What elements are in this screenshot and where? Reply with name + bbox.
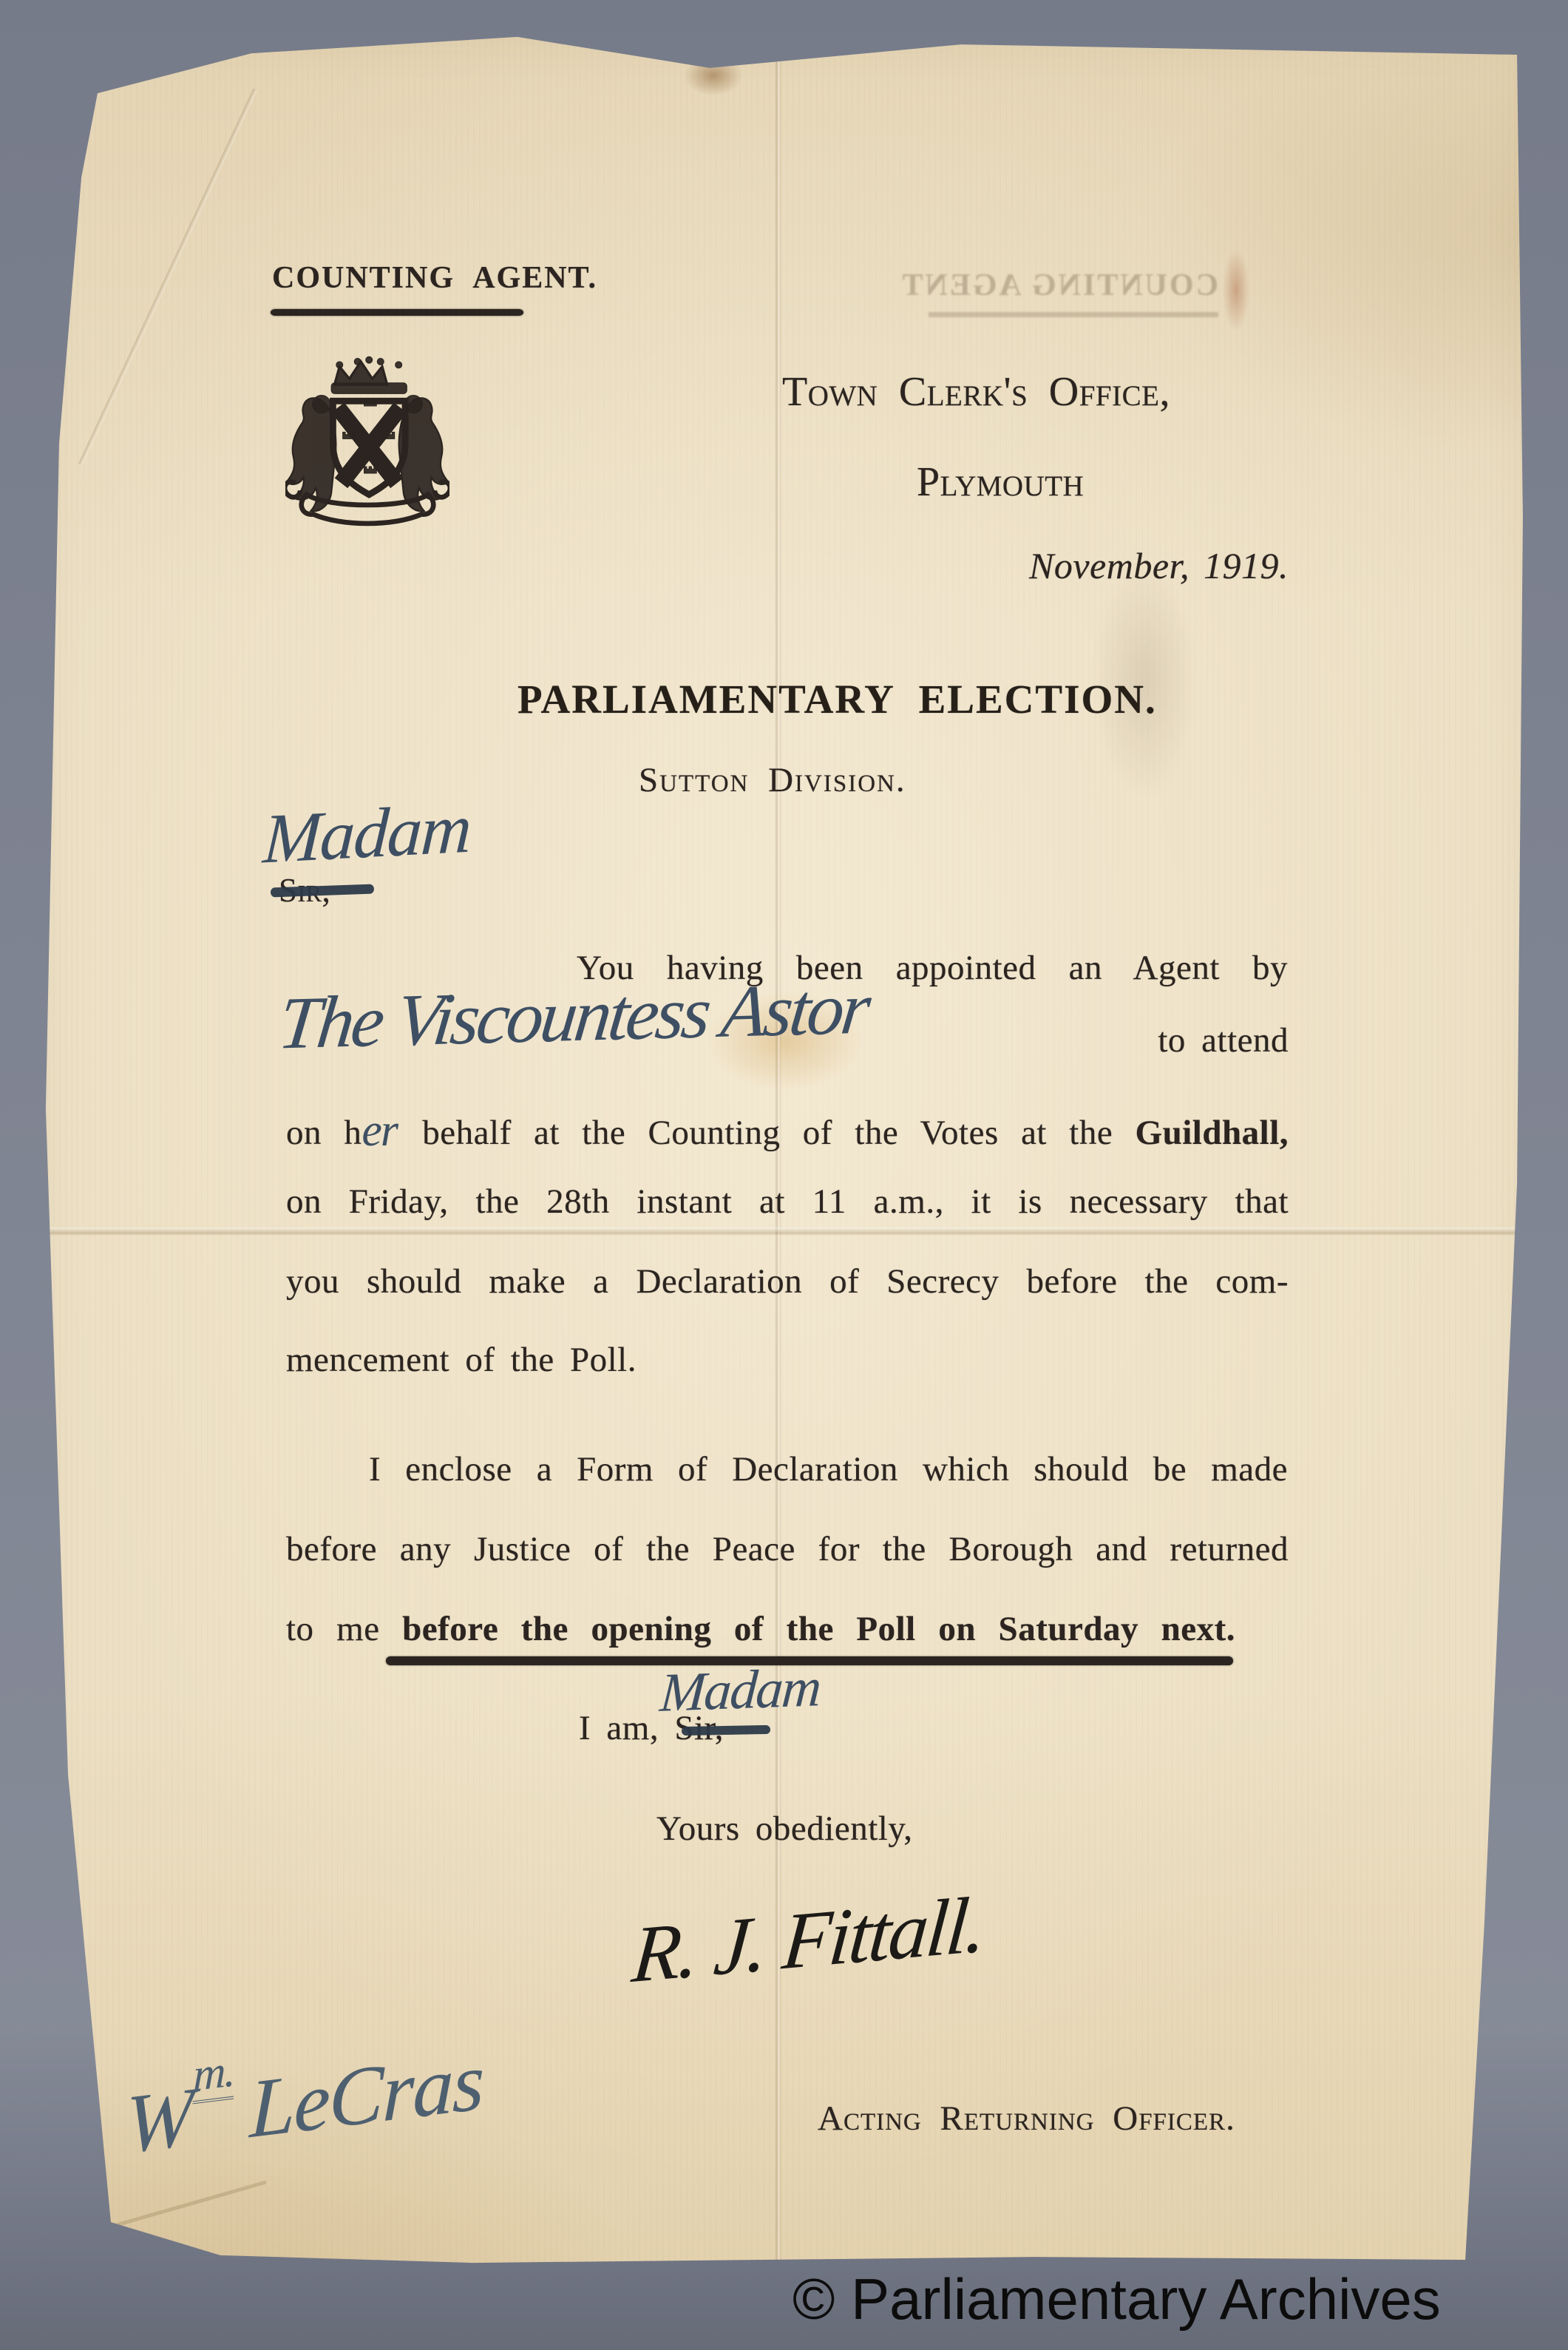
- handwritten-gender-correction: er: [362, 1105, 397, 1156]
- agent-name-superscript: m.: [193, 2045, 235, 2104]
- body-line-5: mencement of the Poll.: [286, 1340, 637, 1380]
- bottom-corner-crease: [102, 2181, 266, 2231]
- horizontal-fold-crease: [30, 1228, 1538, 1236]
- body-line-1-end: to attend: [286, 1020, 1289, 1060]
- office-address-line: Town Clerk's Office,: [782, 368, 1170, 416]
- valediction-line: Yours obediently,: [656, 1809, 913, 1849]
- body-line-6: I enclose a Form of Declaration which sh…: [369, 1449, 1288, 1489]
- document-title: PARLIAMENTARY ELECTION.: [517, 676, 1157, 722]
- plymouth-coat-of-arms: [285, 352, 449, 535]
- letter-paper: COUNTING AGENT COUNTING AGENT.: [0, 0, 1568, 2350]
- ink-strikethrough-closing: [682, 1725, 770, 1736]
- date-line: November, 1919.: [1029, 544, 1289, 587]
- body-line-7: before any Justice of the Peace for the …: [286, 1529, 1289, 1569]
- corner-crease: [78, 88, 257, 465]
- handwritten-salutation: Madam: [261, 787, 472, 879]
- parliamentary-archives-watermark: © Parliamentary Archives: [793, 2266, 1441, 2333]
- bleedthrough-text: COUNTING AGENT: [929, 268, 1218, 317]
- body-line-3: on Friday, the 28th instant at 11 a.m., …: [286, 1182, 1289, 1222]
- office-city-line: Plymouth: [917, 458, 1084, 506]
- body-line-4: you should make a Declaration of Secrecy…: [286, 1262, 1289, 1301]
- agent-name-initial: W: [125, 2070, 194, 2171]
- body-line-2-bold: Guildhall,: [1136, 1114, 1289, 1152]
- agent-name-surname: LeCras: [249, 2035, 484, 2156]
- heading-rule: [271, 309, 523, 316]
- document-heading: COUNTING AGENT.: [272, 260, 597, 296]
- body-line-2-start: on h: [286, 1114, 362, 1152]
- handwritten-agent-name: Wm.LeCras: [125, 2034, 484, 2174]
- officer-title-line: Acting Returning Officer.: [818, 2099, 1235, 2139]
- body-line-8-start: to me: [286, 1610, 402, 1648]
- body-line-2: on her behalf at the Counting of the Vot…: [286, 1103, 1289, 1156]
- division-subtitle: Sutton Division.: [639, 760, 906, 800]
- body-line-8-bold: before the opening of the Poll on Saturd…: [402, 1610, 1235, 1648]
- archive-scan-background: COUNTING AGENT COUNTING AGENT.: [0, 0, 1568, 2350]
- body-line-2-middle: behalf at the Counting of the Votes at t…: [400, 1114, 1136, 1152]
- body-line-8: to me before the opening of the Poll on …: [286, 1609, 1235, 1649]
- signature: R. J. Fittall.: [628, 1879, 988, 2002]
- closing-printed-start: I am,: [579, 1709, 674, 1747]
- vertical-fold-crease: [775, 0, 781, 2350]
